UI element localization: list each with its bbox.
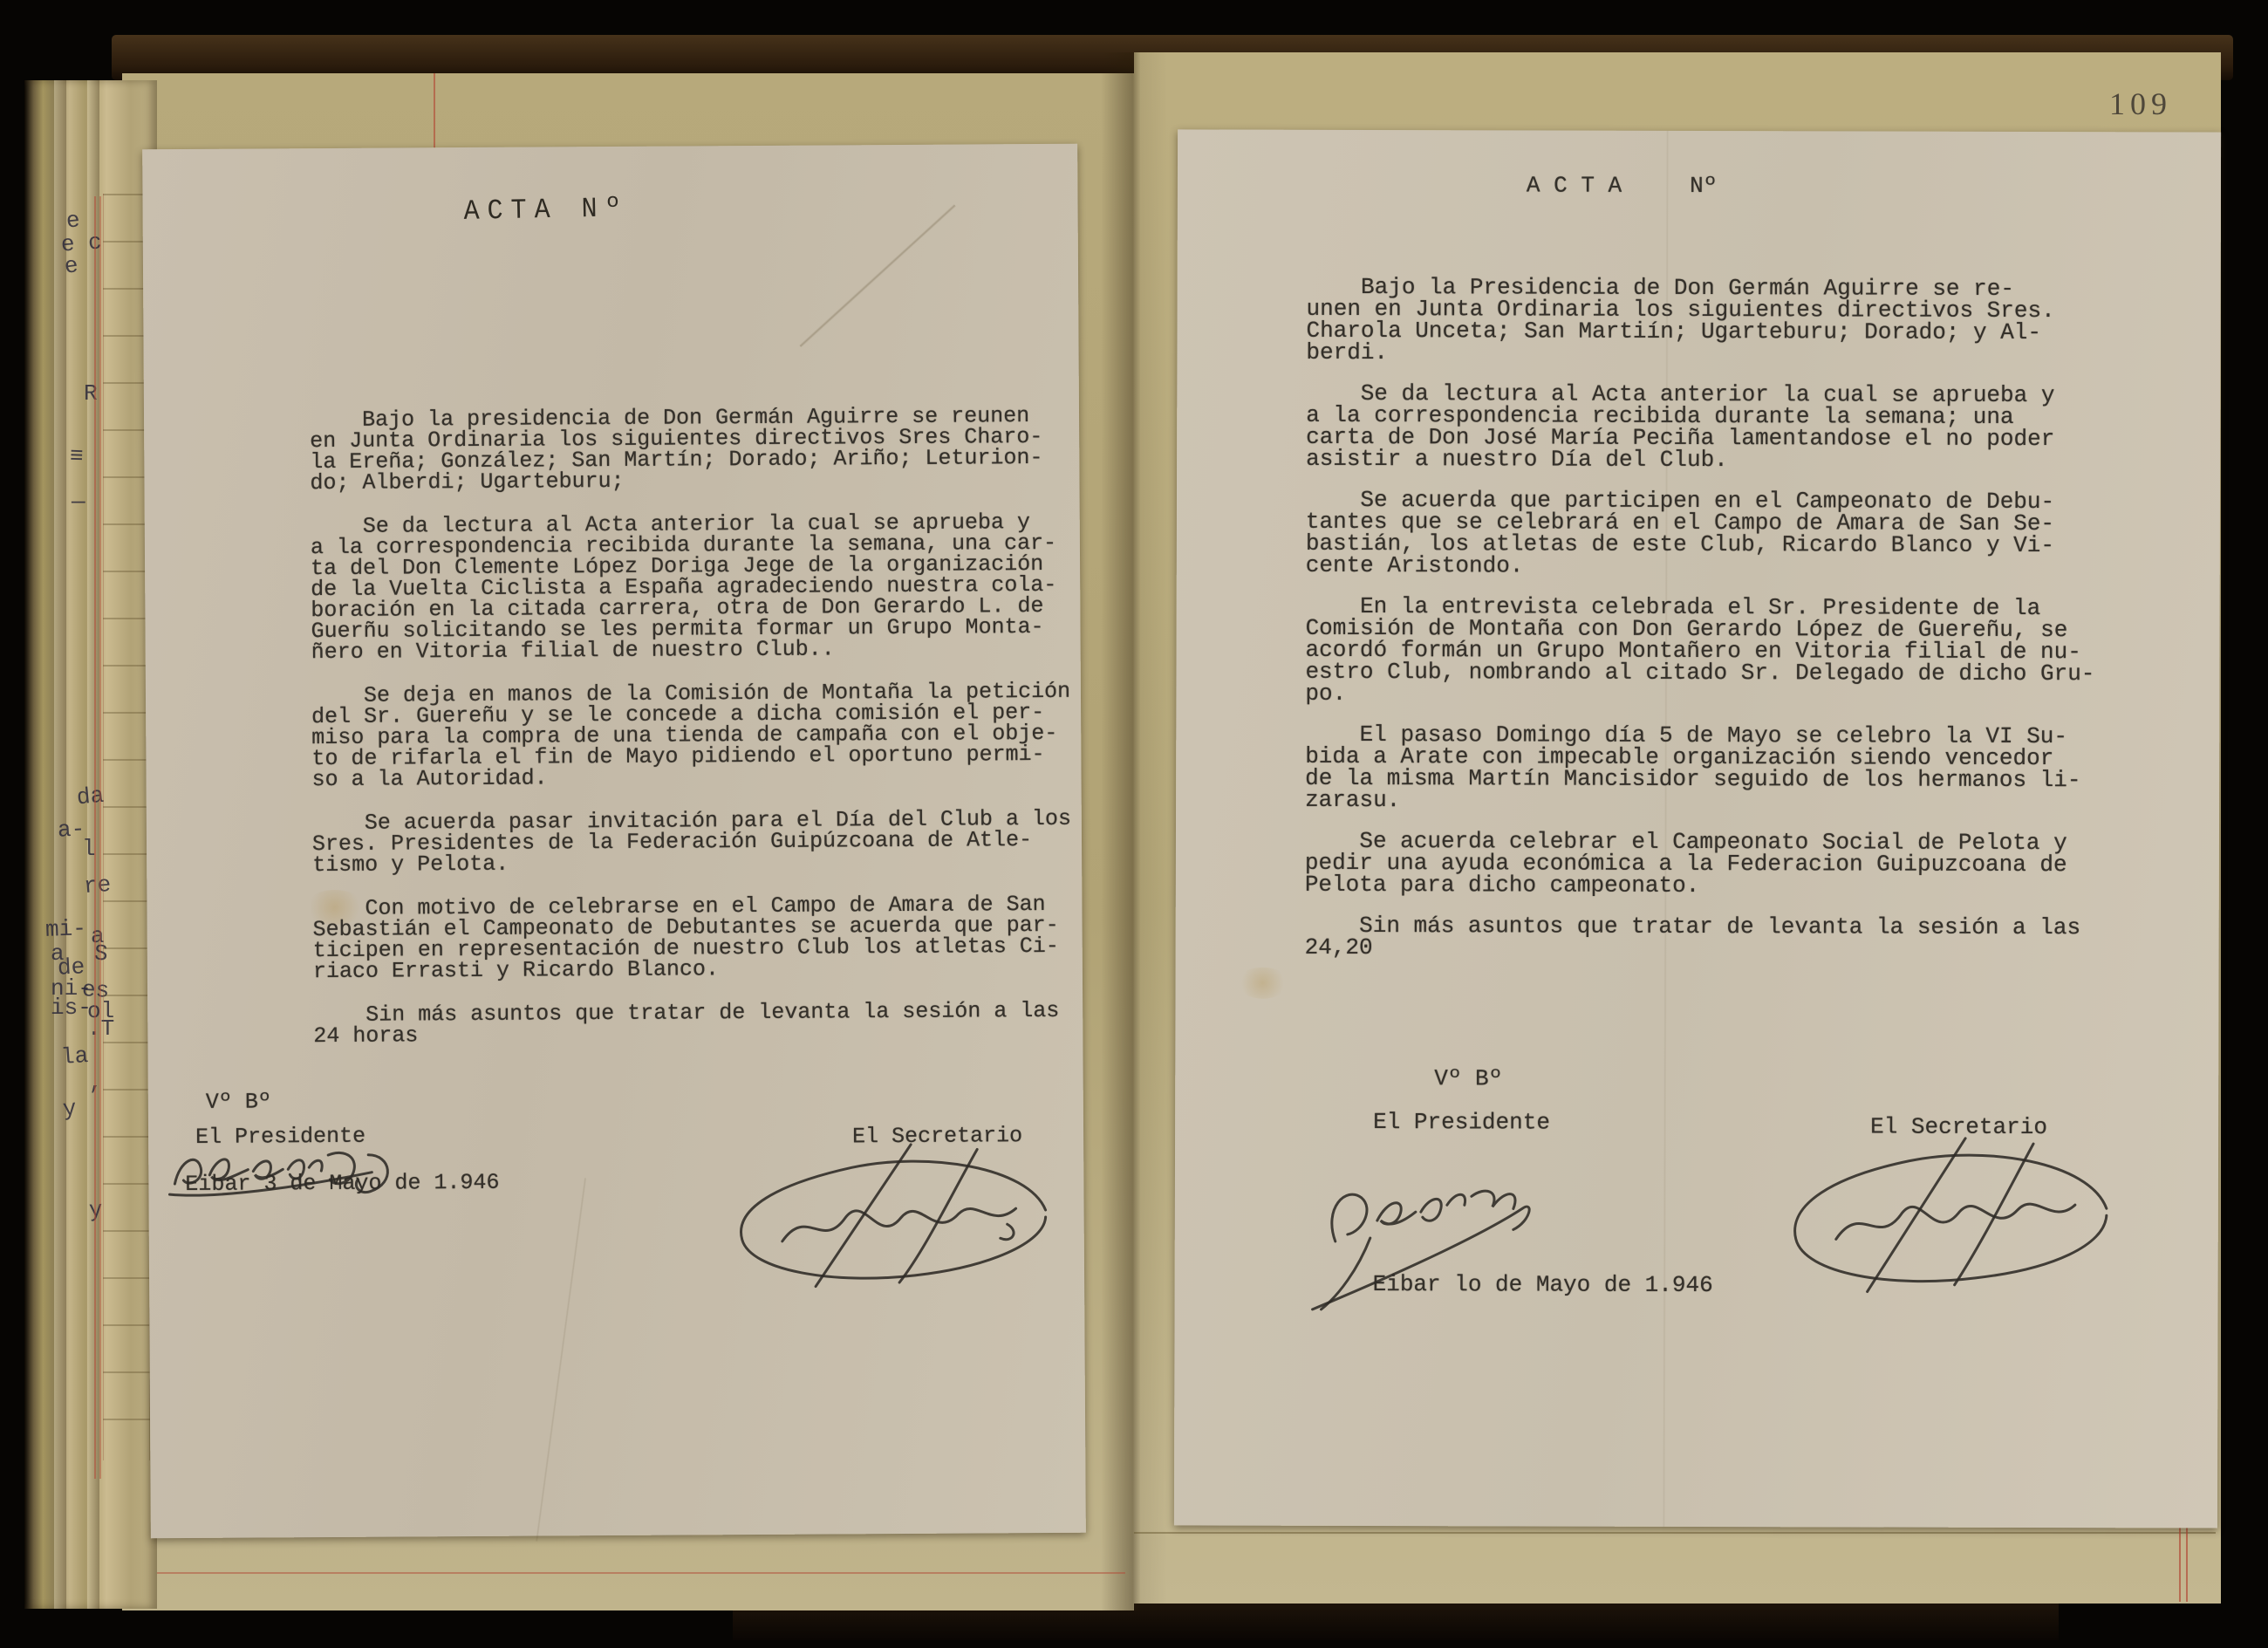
paper-stain [1236, 968, 1288, 999]
left-sheet: ACTA Nº Bajo la presidencia de Don Germá… [142, 144, 1086, 1539]
book-spread-photo: ee ceR≡—daa-lremi-aaSdeni-esis-ol.Tla,yy… [0, 0, 2268, 1648]
red-margin-line [94, 196, 96, 1479]
paragraph: Bajo la Presidencia de Don Germán Aguirr… [1306, 277, 2108, 366]
torn-fragment: is- [51, 995, 92, 1021]
gutter-shadow [1101, 52, 1167, 1610]
torn-fragment: ≡ [69, 443, 84, 470]
vobo-label: Vº Bº [206, 1089, 271, 1114]
paragraph: Se acuerda celebrar el Campeonato Social… [1305, 831, 2107, 898]
paragraph: Se da lectura al Acta anterior la cual s… [311, 512, 1079, 663]
secretary-signature [1751, 1131, 2135, 1306]
president-signature [162, 1128, 407, 1217]
acta-title-left: ACTA Nº [463, 193, 629, 229]
paragraph: Sin más asuntos que tratar de levanta la… [313, 1001, 1081, 1047]
paragraph: Se deja en manos de la Comisión de Monta… [311, 681, 1080, 790]
president-label: El Presidente [1373, 1109, 1550, 1136]
right-page-body: Bajo la Presidencia de Don Germán Aguirr… [1305, 277, 2109, 980]
torn-fragment: mi- [44, 915, 86, 943]
torn-page-stub [54, 80, 66, 1609]
vobo-label: Vº Bº [1434, 1065, 1502, 1091]
torn-fragment: — [72, 489, 85, 515]
torn-fragment: la [60, 1043, 89, 1070]
acta-title-right: A C T A Nº [1527, 172, 1718, 199]
paper-crease [799, 204, 956, 348]
paragraph: En la entrevista celebrada el Sr. Presid… [1305, 596, 2107, 707]
red-margin-line [131, 1572, 1125, 1574]
paper-crease [536, 1178, 587, 1542]
president-signature [1297, 1147, 1595, 1323]
paragraph: Sin más asuntos que tratar de levanta la… [1305, 915, 2107, 961]
paragraph: El pasaso Domingo día 5 de Mayo se celeb… [1305, 724, 2107, 813]
secretary-signature [707, 1139, 1074, 1298]
red-margin-line [99, 196, 101, 1479]
paragraph: Se da lectura al Acta anterior la cual s… [1306, 383, 2108, 472]
right-sheet: A C T A Nº Bajo la Presidencia de Don Ge… [1174, 129, 2221, 1528]
torn-fragment: y [62, 1095, 78, 1122]
paragraph: Bajo la presidencia de Don Germán Aguirr… [310, 406, 1078, 494]
left-page-body: Bajo la presidencia de Don Germán Aguirr… [310, 406, 1082, 1070]
paragraph: Se acuerda pasar invitación para el Día … [312, 809, 1080, 876]
ledger-rule [1134, 1532, 2216, 1534]
page-number: 109 [2109, 85, 2172, 122]
red-margin-line [434, 73, 435, 148]
paragraph: Se acuerda que participen en el Campeona… [1306, 489, 2108, 578]
paragraph: Con motivo de celebrarse en el Campo de … [312, 894, 1081, 982]
